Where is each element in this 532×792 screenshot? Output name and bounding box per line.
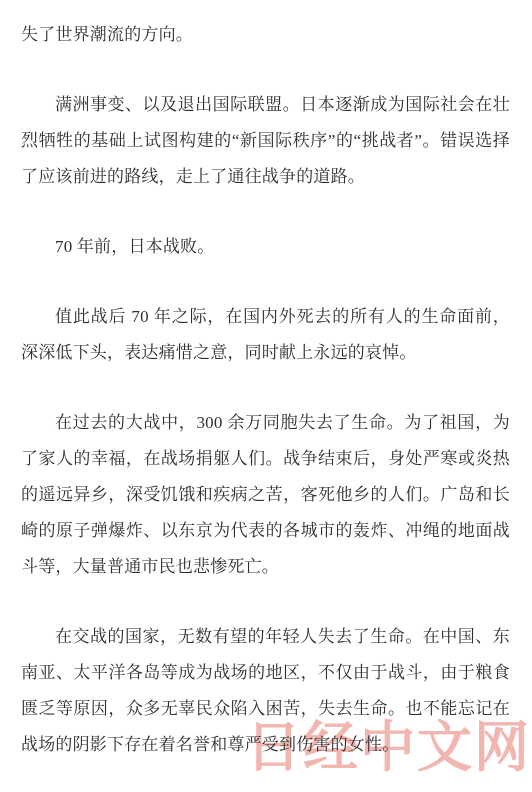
paragraph-3: 70 年前，日本战败。	[21, 229, 510, 265]
paragraph-2: 满洲事变、以及退出国际联盟。日本逐渐成为国际社会在壮烈牺牲的基础上试图构建的“新…	[21, 87, 510, 195]
paragraph-1: 失了世界潮流的方向。	[21, 17, 510, 53]
document-body: 失了世界潮流的方向。 满洲事变、以及退出国际联盟。日本逐渐成为国际社会在壮烈牺牲…	[21, 17, 510, 763]
paragraph-5: 在过去的大战中，300 余万同胞失去了生命。为了祖国，为了家人的幸福，在战场捐躯…	[21, 405, 510, 585]
paragraph-4: 值此战后 70 年之际，在国内外死去的所有人的生命面前，深深低下头，表达痛惜之意…	[21, 299, 510, 371]
paragraph-6: 在交战的国家，无数有望的年轻人失去了生命。在中国、东南亚、太平洋各岛等成为战场的…	[21, 619, 510, 763]
document-page: 日经中文网 失了世界潮流的方向。 满洲事变、以及退出国际联盟。日本逐渐成为国际社…	[0, 0, 532, 792]
